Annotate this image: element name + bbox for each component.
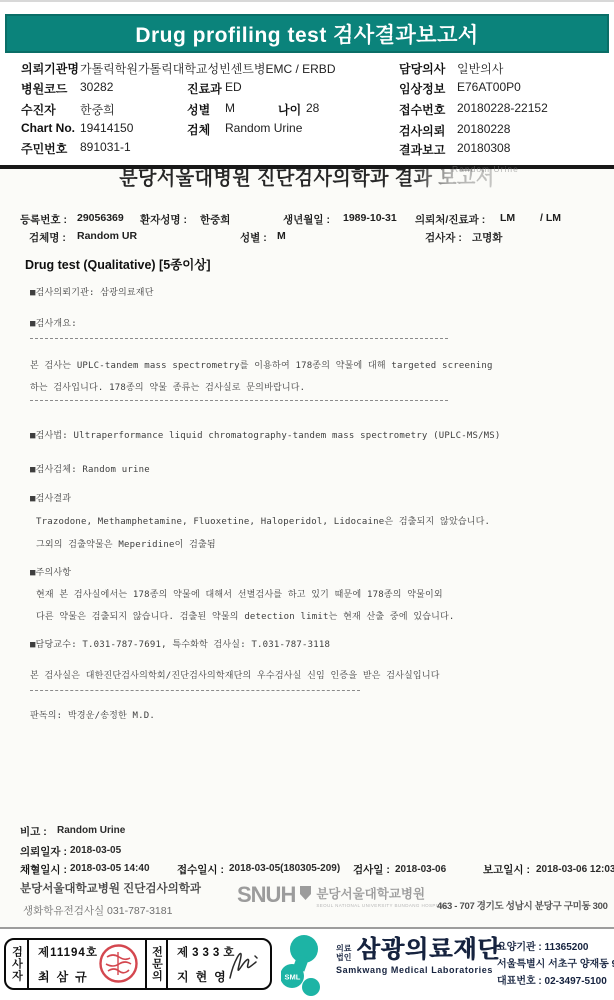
org-label: 의뢰기관명 — [21, 60, 79, 77]
dashed-separator — [30, 400, 448, 401]
receipt-no-label: 접수번호 — [399, 101, 445, 118]
ref-dept-label: 의뢰처/진료과 : — [415, 212, 485, 227]
hospital-code-label: 병원코드 — [21, 80, 67, 97]
org-value: 가톨릭학원가톨릭대학교성빈센트병EMC / ERBD — [80, 60, 335, 77]
draw-value: 2018-03-05 14:40 — [70, 863, 150, 874]
scan-sex-label: 성별 : — [240, 230, 267, 245]
org-name-english: Samkwang Medical Laboratories — [336, 965, 502, 975]
patient-label: 수진자 — [21, 101, 56, 118]
org-type-line2: 법인 — [336, 953, 351, 962]
hospital-dept: 분당서울대학교병원 진단검사의학과 — [20, 880, 201, 896]
scan-title: 분당서울대병원 진단검사의학과 결과 보고서 — [119, 169, 495, 191]
specialist-cell: 제333호 지현영 — [168, 940, 270, 988]
chart-no: 19414150 — [80, 121, 133, 135]
samkwang-block: 의료 법인 삼광의료재단 Samkwang Medical Laboratori… — [336, 938, 502, 975]
chart-label: Chart No. — [21, 121, 75, 135]
report-line: ■검사결과 — [30, 491, 71, 504]
snuh-logo: SNUH 분당서울대학교병원 SEOUL NATIONAL UNIVERSITY… — [237, 885, 447, 908]
snuh-korean-name: 분당서울대학교병원 — [316, 888, 446, 901]
specimen-name-label: 검체명 : — [29, 230, 66, 245]
report-time-label: 보고일시 : — [483, 862, 530, 877]
signature-icon — [222, 944, 268, 986]
scan-order-date-value: 2018-03-05 — [70, 845, 121, 856]
doctor-value: 일반의사 — [457, 60, 503, 77]
org-type-line1: 의료 — [336, 944, 351, 953]
report-title-bar: Drug profiling test 검사결과보고서 — [5, 14, 609, 53]
age-label: 나이 — [278, 101, 301, 118]
footer-divider — [0, 927, 614, 929]
report-date-value: 20180308 — [457, 141, 510, 155]
certification-box: 검사자 제11194호 최삼규 전문의 제333호 지현영 — [4, 938, 272, 990]
test-heading: Drug test (Qualitative) [5종이상] — [25, 255, 211, 273]
report-date-label: 결과보고 — [399, 141, 445, 158]
dept-label: 진료과 — [187, 80, 222, 97]
receipt-time-value: 2018-03-05(180305-209) — [229, 863, 340, 874]
report-time-value: 2018-03-06 12:03 — [536, 864, 614, 875]
scan-title-clip: 분당서울대병원 진단검사의학과 결과 보고서 — [0, 169, 614, 192]
report-line: 판독의: 박경운/송정한 M.D. — [30, 708, 155, 721]
report-line: 본 검사실은 대한진단검사의학회/진단검사의학재단의 우수검사실 신임 인증을 … — [30, 668, 440, 681]
care-org-number: 요양기관 : 11365200 — [497, 939, 614, 956]
remark-label: 비고 : — [20, 824, 47, 839]
report-line: ■담당교수: T.031-787-7691, 특수화학 검사실: T.031-7… — [30, 637, 330, 650]
snuh-wordmark: SNUH — [237, 885, 295, 905]
ref-dept-value: LM — [500, 212, 515, 224]
patient-name: 한중희 — [80, 101, 115, 118]
samkwang-contact: 요양기관 : 11365200 서울특별시 서초구 양재동 9 대표번호 : 0… — [497, 939, 614, 990]
clinical-label: 임상정보 — [399, 80, 445, 97]
age-value: 28 — [306, 101, 319, 115]
specimen-label: 검체 — [187, 121, 210, 138]
doctor-label: 담당의사 — [399, 60, 445, 77]
samkwang-address: 서울특별시 서초구 양재동 9 — [497, 956, 614, 973]
report-line: ■검사의뢰기관: 삼광의료재단 — [30, 285, 154, 298]
draw-label: 채혈일시 : — [20, 862, 67, 877]
reg-label: 등록번호 : — [20, 212, 67, 227]
sex-label: 성별 — [187, 101, 210, 118]
report-line: ■검사법: Ultraperformance liquid chromatogr… — [30, 428, 501, 441]
examiner-role: 검사자 — [6, 940, 29, 988]
dashed-separator — [30, 338, 448, 339]
red-seal-stamp-icon — [98, 943, 139, 984]
snuh-emblem-icon — [299, 885, 312, 901]
test-date-label: 검사일 : — [353, 862, 390, 877]
report-line: 현재 본 검사실에서는 178종의 약물에 대해서 선별검사를 하고 있기 때문… — [36, 587, 443, 600]
report-line: 다른 약물은 검출되지 않습니다. 검출된 약물의 detection limi… — [36, 609, 455, 622]
hospital-lab: 생화학유전검사실 031-787-3181 — [23, 903, 172, 918]
scan-sex-value: M — [277, 230, 286, 242]
remark-value: Random Urine — [57, 825, 125, 836]
report-page: Drug profiling test 검사결과보고서 의뢰기관명 가톨릭학원가… — [0, 0, 614, 1000]
sml-logo-text: SML — [285, 973, 301, 982]
scanned-report: Random Urine 분당서울대병원 진단검사의학과 결과 보고서 등록번호… — [0, 169, 614, 927]
birth-label: 생년월일 : — [283, 212, 330, 227]
dashed-separator — [30, 690, 360, 691]
specimen-value: Random Urine — [225, 121, 302, 135]
examiner-value: 고명화 — [472, 230, 502, 245]
report-line: ■주의사항 — [30, 565, 71, 578]
resident-label: 주민번호 — [21, 140, 67, 157]
resident-no: 891031-1 — [80, 140, 131, 154]
sex-value: M — [225, 101, 235, 115]
sml-molecule-icon: SML — [281, 934, 335, 1000]
order-date-label: 검사의뢰 — [399, 122, 445, 139]
examiner-cell: 제11194호 최삼규 — [29, 940, 145, 988]
receipt-no-value: 20180228-22152 — [457, 101, 548, 115]
order-date-value: 20180228 — [457, 122, 510, 136]
dept-value: ED — [225, 80, 242, 94]
sml-logo: SML — [281, 934, 335, 1000]
reg-no: 29056369 — [77, 212, 124, 224]
specialist-role: 전문의 — [145, 940, 168, 988]
examiner-label: 검사자 : — [425, 230, 462, 245]
snuh-english-name: SEOUL NATIONAL UNIVERSITY BUNDANG HOSPIT… — [316, 903, 446, 908]
report-line: 본 검사는 UPLC-tandem mass spectrometry를 이용하… — [30, 358, 493, 371]
test-date-value: 2018-03-06 — [395, 864, 446, 875]
patient-name-label: 환자성명 : — [140, 212, 187, 227]
ref-dept-value2: / LM — [540, 212, 561, 224]
patient-name-value: 한중희 — [200, 212, 230, 227]
samkwang-tel: 대표번호 : 02-3497-5100 — [497, 973, 614, 990]
receipt-time-label: 접수일시 : — [177, 862, 224, 877]
specimen-name-value: Random UR — [77, 230, 137, 242]
report-line: ■검사검체: Random urine — [30, 462, 150, 475]
scan-order-date-label: 의뢰일자 : — [20, 844, 67, 859]
page-title: Drug profiling test 검사결과보고서 — [135, 19, 478, 49]
org-name: 삼광의료재단 — [356, 938, 501, 962]
report-line: Trazodone, Methamphetamine, Fluoxetine, … — [36, 514, 490, 527]
birth-value: 1989-10-31 — [343, 212, 397, 224]
report-line: 그외의 검출약물은 Meperidine이 검출됨 — [36, 537, 216, 550]
clinical-value: E76AT00P0 — [457, 80, 521, 94]
report-line: ■검사개요: — [30, 316, 77, 329]
hospital-address: 463 - 707 경기도 성남시 분당구 구미동 300 — [437, 898, 608, 912]
report-line: 하는 검사입니다. 178종의 약물 종류는 검사실로 문의바랍니다. — [30, 380, 305, 393]
hospital-code-value: 30282 — [80, 80, 113, 94]
